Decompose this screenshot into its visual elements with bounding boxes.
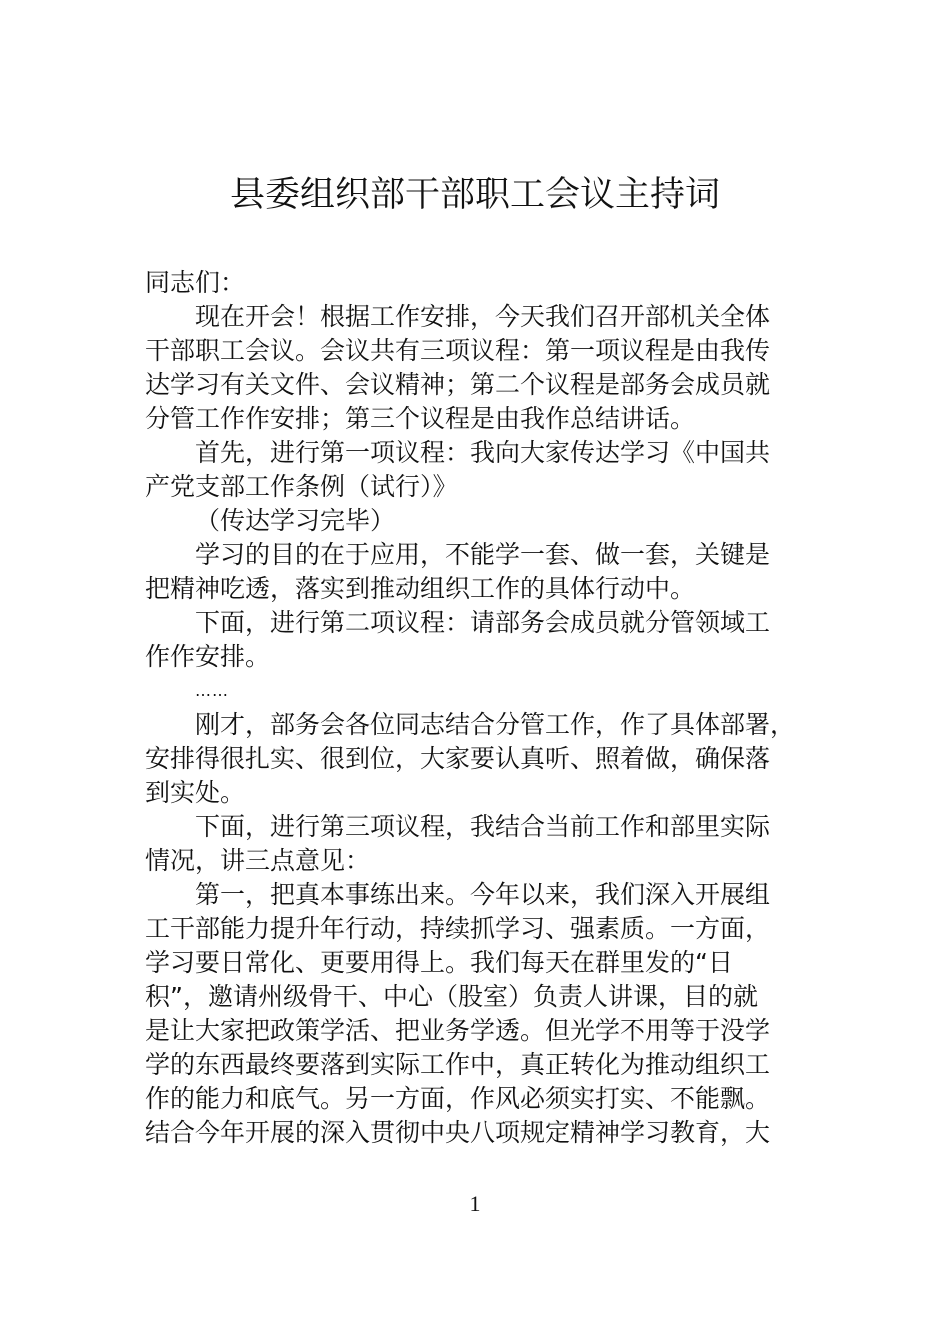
paragraph-line: 分管工作作安排；第三个议程是由我作总结讲话。 — [145, 402, 845, 436]
document-title: 县委组织部干部职工会议主持词 — [0, 170, 950, 220]
paragraph-line: 工干部能力提升年行动，持续抓学习、强素质。一方面， — [145, 912, 845, 946]
ellipsis-line: …… — [145, 674, 845, 708]
paragraph-line: 安排得很扎实、很到位，大家要认真听、照着做，确保落 — [145, 742, 845, 776]
document-body: 同志们： 现在开会！根据工作安排，今天我们召开部机关全体 干部职工会议。会议共有… — [145, 266, 845, 1150]
paragraph-line: 现在开会！根据工作安排，今天我们召开部机关全体 — [145, 300, 845, 334]
paragraph-line: 学习的目的在于应用，不能学一套、做一套，关键是 — [145, 538, 845, 572]
paragraph-line: 到实处。 — [145, 776, 845, 810]
paragraph-line: 刚才，部务会各位同志结合分管工作，作了具体部署， — [145, 708, 845, 742]
paragraph-line: 情况，讲三点意见： — [145, 844, 845, 878]
paragraph-line: 作的能力和底气。另一方面，作风必须实打实、不能飘。 — [145, 1082, 845, 1116]
paragraph-line: 作作安排。 — [145, 640, 845, 674]
paragraph-line: 第一，把真本事练出来。今年以来，我们深入开展组 — [145, 878, 845, 912]
paragraph-line: 是让大家把政策学活、把业务学透。但光学不用等于没学 — [145, 1014, 845, 1048]
paragraph-line: 产党支部工作条例（试行）》 — [145, 470, 845, 504]
paragraph-line: 下面，进行第二项议程：请部务会成员就分管领域工 — [145, 606, 845, 640]
page-number: 1 — [0, 1190, 950, 1218]
paragraph-line: 把精神吃透，落实到推动组织工作的具体行动中。 — [145, 572, 845, 606]
paragraph-line: 学习要日常化、更要用得上。我们每天在群里发的“日 — [145, 946, 845, 980]
paragraph-line: 达学习有关文件、会议精神；第二个议程是部务会成员就 — [145, 368, 845, 402]
paragraph-line: 干部职工会议。会议共有三项议程：第一项议程是由我传 — [145, 334, 845, 368]
paragraph-line: 积”，邀请州级骨干、中心（股室）负责人讲课，目的就 — [145, 980, 845, 1014]
document-page: 县委组织部干部职工会议主持词 同志们： 现在开会！根据工作安排，今天我们召开部机… — [0, 0, 950, 1344]
paragraph-line: 结合今年开展的深入贯彻中央八项规定精神学习教育，大 — [145, 1116, 845, 1150]
paragraph-line: （传达学习完毕） — [145, 504, 845, 538]
paragraph-line: 学的东西最终要落到实际工作中，真正转化为推动组织工 — [145, 1048, 845, 1082]
paragraph-line: 下面，进行第三项议程，我结合当前工作和部里实际 — [145, 810, 845, 844]
paragraph-line: 首先，进行第一项议程：我向大家传达学习《中国共 — [145, 436, 845, 470]
salutation-line: 同志们： — [145, 266, 845, 300]
